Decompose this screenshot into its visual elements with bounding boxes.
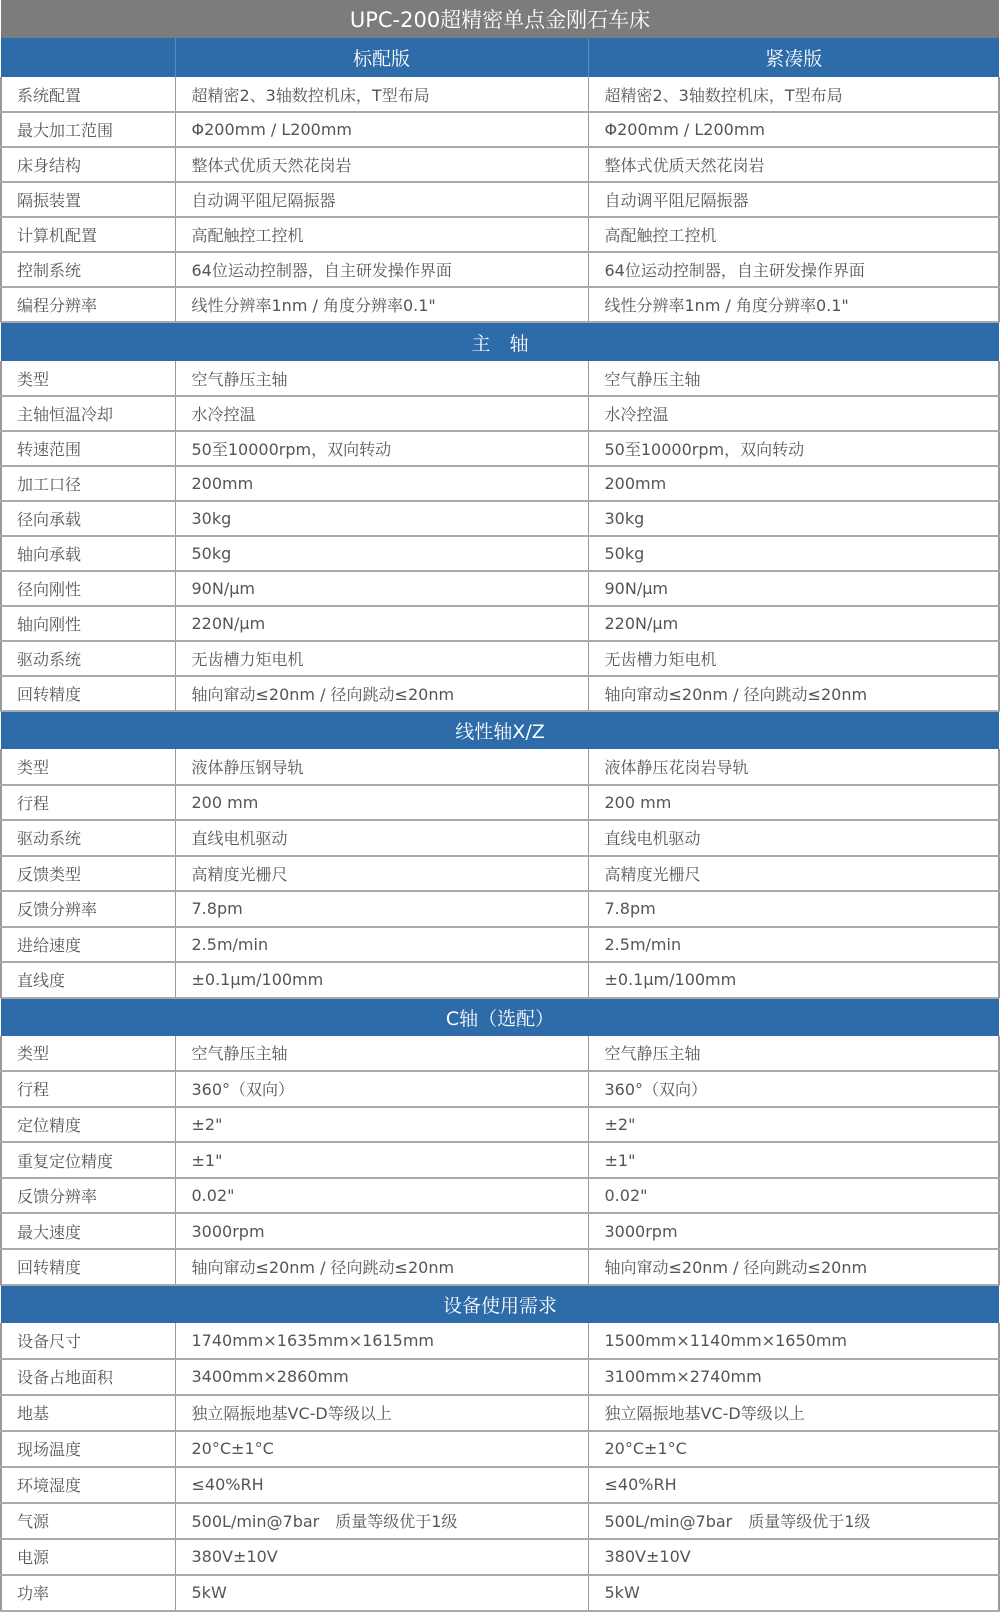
row-compact: 整体式优质天然花岗岩 bbox=[588, 147, 999, 182]
row-label: 轴向刚性 bbox=[1, 606, 175, 641]
row-standard: 7.8pm bbox=[175, 891, 588, 927]
row-compact: 1500mm×1140mm×1650mm bbox=[588, 1323, 999, 1359]
row-label: 类型 bbox=[1, 749, 175, 785]
row-label: 现场温度 bbox=[1, 1431, 175, 1467]
row-standard: 90N/μm bbox=[175, 571, 588, 606]
row-standard: 64位运动控制器，自主研发操作界面 bbox=[175, 252, 588, 287]
table-row: 驱动系统无齿槽力矩电机无齿槽力矩电机 bbox=[1, 641, 999, 676]
row-compact: 90N/μm bbox=[588, 571, 999, 606]
section-header-row: C轴（选配） bbox=[1, 998, 999, 1036]
row-label: 电源 bbox=[1, 1539, 175, 1575]
row-standard: 直线电机驱动 bbox=[175, 820, 588, 856]
row-compact: 360°（双向） bbox=[588, 1071, 999, 1107]
row-compact: 无齿槽力矩电机 bbox=[588, 641, 999, 676]
row-standard: 50kg bbox=[175, 536, 588, 571]
row-compact: 220N/μm bbox=[588, 606, 999, 641]
row-compact: 水冷控温 bbox=[588, 396, 999, 431]
row-label: 类型 bbox=[1, 361, 175, 396]
table-row: 系统配置超精密2、3轴数控机床，T型布局超精密2、3轴数控机床，T型布局 bbox=[1, 77, 999, 112]
row-compact: 0.02" bbox=[588, 1178, 999, 1214]
title-row: UPC-200超精密单点金刚石车床 bbox=[1, 0, 999, 38]
row-standard: 空气静压主轴 bbox=[175, 361, 588, 396]
row-label: 回转精度 bbox=[1, 676, 175, 711]
table-row: 反馈分辨率0.02"0.02" bbox=[1, 1178, 999, 1214]
row-standard: 200mm bbox=[175, 466, 588, 501]
table-row: 转速范围50至10000rpm，双向转动50至10000rpm，双向转动 bbox=[1, 431, 999, 466]
row-standard: 自动调平阻尼隔振器 bbox=[175, 182, 588, 217]
table-row: 直线度±0.1μm/100mm±0.1μm/100mm bbox=[1, 962, 999, 998]
section-linear-axis: 线性轴X/Z 类型液体静压钢导轨液体静压花岗岩导轨 行程200 mm200 mm… bbox=[1, 711, 999, 998]
row-compact: 380V±10V bbox=[588, 1539, 999, 1575]
row-compact: 轴向窜动≤20nm / 径向跳动≤20nm bbox=[588, 1249, 999, 1285]
table-row: 气源500L/min@7bar 质量等级优于1级500L/min@7bar 质量… bbox=[1, 1503, 999, 1539]
row-standard: 高精度光栅尺 bbox=[175, 856, 588, 892]
column-header-compact: 紧凑版 bbox=[588, 38, 999, 77]
row-standard: 独立隔振地基VC-D等级以上 bbox=[175, 1395, 588, 1431]
row-standard: ±1" bbox=[175, 1142, 588, 1178]
section-spindle: 主 轴 类型空气静压主轴空气静压主轴 主轴恒温冷却水冷控温水冷控温 转速范围50… bbox=[1, 322, 999, 711]
row-label: 径向刚性 bbox=[1, 571, 175, 606]
row-standard: 线性分辨率1nm / 角度分辨率0.1" bbox=[175, 287, 588, 322]
section-title: 线性轴X/Z bbox=[1, 711, 999, 749]
row-label: 系统配置 bbox=[1, 77, 175, 112]
row-compact: 线性分辨率1nm / 角度分辨率0.1" bbox=[588, 287, 999, 322]
row-compact: 独立隔振地基VC-D等级以上 bbox=[588, 1395, 999, 1431]
row-label: 隔振装置 bbox=[1, 182, 175, 217]
table-row: 编程分辨率线性分辨率1nm / 角度分辨率0.1"线性分辨率1nm / 角度分辨… bbox=[1, 287, 999, 322]
row-standard: 20°C±1°C bbox=[175, 1431, 588, 1467]
row-compact: 高配触控工控机 bbox=[588, 217, 999, 252]
row-standard: 50至10000rpm，双向转动 bbox=[175, 431, 588, 466]
section-title: 主 轴 bbox=[1, 322, 999, 361]
table-row: 轴向承载50kg50kg bbox=[1, 536, 999, 571]
row-compact: ±1" bbox=[588, 1142, 999, 1178]
row-label: 进给速度 bbox=[1, 927, 175, 963]
table-row: 行程200 mm200 mm bbox=[1, 785, 999, 821]
row-compact: 64位运动控制器，自主研发操作界面 bbox=[588, 252, 999, 287]
table-row: 最大加工范围Φ200mm / L200mmΦ200mm / L200mm bbox=[1, 112, 999, 147]
table-row: 主轴恒温冷却水冷控温水冷控温 bbox=[1, 396, 999, 431]
row-label: 气源 bbox=[1, 1503, 175, 1539]
row-compact: 50kg bbox=[588, 536, 999, 571]
section-title: 设备使用需求 bbox=[1, 1285, 999, 1323]
row-label: 反馈分辨率 bbox=[1, 891, 175, 927]
row-compact: 200 mm bbox=[588, 785, 999, 821]
row-label: 床身结构 bbox=[1, 147, 175, 182]
row-compact: 3000rpm bbox=[588, 1213, 999, 1249]
row-compact: 直线电机驱动 bbox=[588, 820, 999, 856]
table-row: 设备尺寸1740mm×1635mm×1615mm1500mm×1140mm×16… bbox=[1, 1323, 999, 1359]
table-row: 控制系统64位运动控制器，自主研发操作界面64位运动控制器，自主研发操作界面 bbox=[1, 252, 999, 287]
row-standard: 3400mm×2860mm bbox=[175, 1359, 588, 1395]
table-row: 床身结构整体式优质天然花岗岩整体式优质天然花岗岩 bbox=[1, 147, 999, 182]
row-label: 径向承载 bbox=[1, 501, 175, 536]
row-standard: 2.5m/min bbox=[175, 927, 588, 963]
row-compact: 7.8pm bbox=[588, 891, 999, 927]
table-row: 环境湿度≤40%RH≤40%RH bbox=[1, 1467, 999, 1503]
table-row: 电源380V±10V380V±10V bbox=[1, 1539, 999, 1575]
row-compact: 2.5m/min bbox=[588, 927, 999, 963]
row-label: 反馈类型 bbox=[1, 856, 175, 892]
row-compact: 高精度光栅尺 bbox=[588, 856, 999, 892]
row-standard: 整体式优质天然花岗岩 bbox=[175, 147, 588, 182]
section-c-axis: C轴（选配） 类型空气静压主轴空气静压主轴 行程360°（双向）360°（双向）… bbox=[1, 998, 999, 1285]
row-label: 编程分辨率 bbox=[1, 287, 175, 322]
table-row: 功率5kW5kW bbox=[1, 1575, 999, 1611]
row-standard: ±2" bbox=[175, 1107, 588, 1143]
row-standard: 无齿槽力矩电机 bbox=[175, 641, 588, 676]
row-standard: 3000rpm bbox=[175, 1213, 588, 1249]
section-header-row: 设备使用需求 bbox=[1, 1285, 999, 1323]
row-compact: 液体静压花岗岩导轨 bbox=[588, 749, 999, 785]
row-label: 驱动系统 bbox=[1, 820, 175, 856]
row-standard: ≤40%RH bbox=[175, 1467, 588, 1503]
page-title: UPC-200超精密单点金刚石车床 bbox=[1, 0, 999, 38]
table-header: UPC-200超精密单点金刚石车床 标配版 紧凑版 bbox=[1, 0, 999, 77]
row-compact: 空气静压主轴 bbox=[588, 1036, 999, 1072]
table-row: 计算机配置高配触控工控机高配触控工控机 bbox=[1, 217, 999, 252]
row-compact: 500L/min@7bar 质量等级优于1级 bbox=[588, 1503, 999, 1539]
table-row: 设备占地面积3400mm×2860mm3100mm×2740mm bbox=[1, 1359, 999, 1395]
row-label: 驱动系统 bbox=[1, 641, 175, 676]
row-label: 加工口径 bbox=[1, 466, 175, 501]
row-label: 轴向承载 bbox=[1, 536, 175, 571]
table-row: 驱动系统直线电机驱动直线电机驱动 bbox=[1, 820, 999, 856]
table-row: 回转精度轴向窜动≤20nm / 径向跳动≤20nm轴向窜动≤20nm / 径向跳… bbox=[1, 676, 999, 711]
row-label: 最大加工范围 bbox=[1, 112, 175, 147]
column-header-standard: 标配版 bbox=[175, 38, 588, 77]
row-label: 设备占地面积 bbox=[1, 1359, 175, 1395]
table-row: 径向刚性90N/μm90N/μm bbox=[1, 571, 999, 606]
table-row: 轴向刚性220N/μm220N/μm bbox=[1, 606, 999, 641]
row-standard: 200 mm bbox=[175, 785, 588, 821]
row-compact: 5kW bbox=[588, 1575, 999, 1611]
column-header-row: 标配版 紧凑版 bbox=[1, 38, 999, 77]
row-label: 控制系统 bbox=[1, 252, 175, 287]
section-requirements: 设备使用需求 设备尺寸1740mm×1635mm×1615mm1500mm×11… bbox=[1, 1285, 999, 1611]
table-row: 行程360°（双向）360°（双向） bbox=[1, 1071, 999, 1107]
table-row: 类型空气静压主轴空气静压主轴 bbox=[1, 361, 999, 396]
row-standard: 500L/min@7bar 质量等级优于1级 bbox=[175, 1503, 588, 1539]
row-compact: ±0.1μm/100mm bbox=[588, 962, 999, 998]
table-row: 径向承载30kg30kg bbox=[1, 501, 999, 536]
row-label: 功率 bbox=[1, 1575, 175, 1611]
table-row: 重复定位精度±1"±1" bbox=[1, 1142, 999, 1178]
row-standard: 0.02" bbox=[175, 1178, 588, 1214]
table-row: 类型空气静压主轴空气静压主轴 bbox=[1, 1036, 999, 1072]
row-standard: Φ200mm / L200mm bbox=[175, 112, 588, 147]
row-label: 最大速度 bbox=[1, 1213, 175, 1249]
row-standard: 轴向窜动≤20nm / 径向跳动≤20nm bbox=[175, 676, 588, 711]
row-compact: 50至10000rpm，双向转动 bbox=[588, 431, 999, 466]
spec-table: UPC-200超精密单点金刚石车床 标配版 紧凑版 系统配置超精密2、3轴数控机… bbox=[0, 0, 1000, 1612]
column-header-label bbox=[1, 38, 175, 77]
table-row: 类型液体静压钢导轨液体静压花岗岩导轨 bbox=[1, 749, 999, 785]
table-row: 最大速度3000rpm3000rpm bbox=[1, 1213, 999, 1249]
row-compact: 3100mm×2740mm bbox=[588, 1359, 999, 1395]
table-row: 隔振装置自动调平阻尼隔振器自动调平阻尼隔振器 bbox=[1, 182, 999, 217]
row-compact: 空气静压主轴 bbox=[588, 361, 999, 396]
row-label: 重复定位精度 bbox=[1, 1142, 175, 1178]
row-standard: 220N/μm bbox=[175, 606, 588, 641]
row-compact: Φ200mm / L200mm bbox=[588, 112, 999, 147]
table-row: 进给速度2.5m/min2.5m/min bbox=[1, 927, 999, 963]
row-standard: 超精密2、3轴数控机床，T型布局 bbox=[175, 77, 588, 112]
row-compact: ±2" bbox=[588, 1107, 999, 1143]
row-label: 地基 bbox=[1, 1395, 175, 1431]
row-compact: 20°C±1°C bbox=[588, 1431, 999, 1467]
row-standard: 360°（双向） bbox=[175, 1071, 588, 1107]
table-row: 地基独立隔振地基VC-D等级以上独立隔振地基VC-D等级以上 bbox=[1, 1395, 999, 1431]
row-label: 转速范围 bbox=[1, 431, 175, 466]
section-title: C轴（选配） bbox=[1, 998, 999, 1036]
row-label: 直线度 bbox=[1, 962, 175, 998]
row-label: 类型 bbox=[1, 1036, 175, 1072]
row-compact: 200mm bbox=[588, 466, 999, 501]
table-row: 反馈分辨率7.8pm7.8pm bbox=[1, 891, 999, 927]
section-header-row: 主 轴 bbox=[1, 322, 999, 361]
row-label: 回转精度 bbox=[1, 1249, 175, 1285]
row-standard: 1740mm×1635mm×1615mm bbox=[175, 1323, 588, 1359]
row-standard: 380V±10V bbox=[175, 1539, 588, 1575]
section-header-row: 线性轴X/Z bbox=[1, 711, 999, 749]
row-standard: 30kg bbox=[175, 501, 588, 536]
row-compact: ≤40%RH bbox=[588, 1467, 999, 1503]
row-compact: 超精密2、3轴数控机床，T型布局 bbox=[588, 77, 999, 112]
table-row: 回转精度轴向窜动≤20nm / 径向跳动≤20nm轴向窜动≤20nm / 径向跳… bbox=[1, 1249, 999, 1285]
row-label: 行程 bbox=[1, 1071, 175, 1107]
row-standard: 高配触控工控机 bbox=[175, 217, 588, 252]
row-label: 行程 bbox=[1, 785, 175, 821]
table-row: 现场温度20°C±1°C20°C±1°C bbox=[1, 1431, 999, 1467]
table-row: 反馈类型高精度光栅尺高精度光栅尺 bbox=[1, 856, 999, 892]
table-row: 加工口径200mm200mm bbox=[1, 466, 999, 501]
row-compact: 30kg bbox=[588, 501, 999, 536]
row-compact: 轴向窜动≤20nm / 径向跳动≤20nm bbox=[588, 676, 999, 711]
row-standard: 5kW bbox=[175, 1575, 588, 1611]
row-label: 环境湿度 bbox=[1, 1467, 175, 1503]
row-standard: 液体静压钢导轨 bbox=[175, 749, 588, 785]
row-label: 设备尺寸 bbox=[1, 1323, 175, 1359]
row-compact: 自动调平阻尼隔振器 bbox=[588, 182, 999, 217]
section-general: 系统配置超精密2、3轴数控机床，T型布局超精密2、3轴数控机床，T型布局 最大加… bbox=[1, 77, 999, 322]
row-label: 计算机配置 bbox=[1, 217, 175, 252]
table-row: 定位精度±2"±2" bbox=[1, 1107, 999, 1143]
row-standard: 水冷控温 bbox=[175, 396, 588, 431]
row-standard: 空气静压主轴 bbox=[175, 1036, 588, 1072]
row-label: 主轴恒温冷却 bbox=[1, 396, 175, 431]
row-label: 定位精度 bbox=[1, 1107, 175, 1143]
row-label: 反馈分辨率 bbox=[1, 1178, 175, 1214]
row-standard: 轴向窜动≤20nm / 径向跳动≤20nm bbox=[175, 1249, 588, 1285]
row-standard: ±0.1μm/100mm bbox=[175, 962, 588, 998]
